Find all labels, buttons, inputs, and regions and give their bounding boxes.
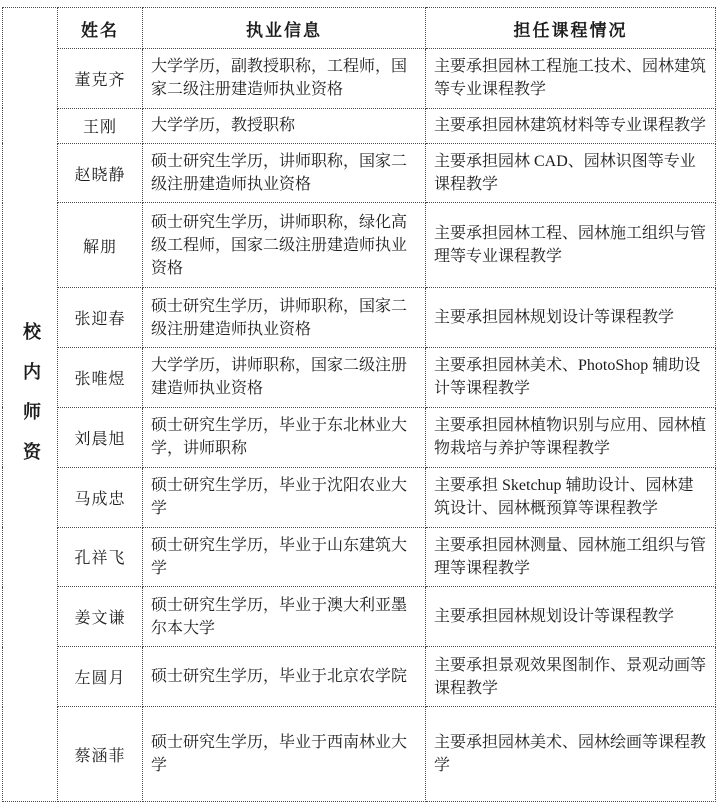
- table-row: 左圆月 硕士研究生学历，毕业于北京农学院 主要承担景观效果图制作、景观动画等课程…: [3, 647, 716, 707]
- faculty-table: 校内师资 姓名 执业信息 担任课程情况 董克齐 大学学历，副教授职称，工程师，国…: [2, 7, 716, 802]
- table-row: 解朋 硕士研究生学历，讲师职称，绿化高级工程师，国家二级注册建造师执业资格 主要…: [3, 203, 716, 288]
- teacher-name: 左圆月: [58, 647, 143, 707]
- teacher-courses: 主要承担园林工程施工技术、园林建筑等专业课程教学: [426, 49, 716, 109]
- teacher-credentials: 硕士研究生学历，毕业于沈阳农业大学: [143, 467, 426, 527]
- table-row: 刘晨旭 硕士研究生学历，毕业于东北林业大学，讲师职称 主要承担园林植物识别与应用…: [3, 407, 716, 467]
- teacher-credentials: 硕士研究生学历，讲师职称，绿化高级工程师，国家二级注册建造师执业资格: [143, 203, 426, 288]
- teacher-credentials: 硕士研究生学历，讲师职称，国家二级注册建造师执业资格: [143, 143, 426, 203]
- teacher-courses: 主要承担园林美术、园林绘画等课程教学: [426, 707, 716, 802]
- teacher-credentials: 大学学历，教授职称: [143, 108, 426, 143]
- teacher-credentials: 硕士研究生学历，毕业于澳大利亚墨尔本大学: [143, 587, 426, 647]
- table-row: 张迎春 硕士研究生学历，讲师职称，国家二级注册建造师执业资格 主要承担园林规划设…: [3, 288, 716, 348]
- teacher-courses: 主要承担园林规划设计等课程教学: [426, 288, 716, 348]
- teacher-courses: 主要承担园林测量、园林施工组织与管理等课程教学: [426, 527, 716, 587]
- teacher-name: 解朋: [58, 203, 143, 288]
- teacher-name: 张唯煜: [58, 348, 143, 408]
- table-row: 蔡涵菲 硕士研究生学历，毕业于西南林业大学 主要承担园林美术、园林绘画等课程教学: [3, 707, 716, 802]
- table-row: 马成忠 硕士研究生学历，毕业于沈阳农业大学 主要承担 Sketchup 辅助设计…: [3, 467, 716, 527]
- teacher-name: 王刚: [58, 108, 143, 143]
- teacher-name: 刘晨旭: [58, 407, 143, 467]
- teacher-name: 赵晓静: [58, 143, 143, 203]
- teacher-name: 蔡涵菲: [58, 707, 143, 802]
- teacher-courses: 主要承担景观效果图制作、景观动画等课程教学: [426, 647, 716, 707]
- document-page: 校内师资 姓名 执业信息 担任课程情况 董克齐 大学学历，副教授职称，工程师，国…: [0, 0, 718, 808]
- table-header-row: 校内师资 姓名 执业信息 担任课程情况: [3, 8, 716, 49]
- teacher-credentials: 硕士研究生学历，毕业于北京农学院: [143, 647, 426, 707]
- teacher-courses: 主要承担园林规划设计等课程教学: [426, 587, 716, 647]
- teacher-credentials: 大学学历，讲师职称，国家二级注册建造师执业资格: [143, 348, 426, 408]
- teacher-credentials: 硕士研究生学历，毕业于东北林业大学，讲师职称: [143, 407, 426, 467]
- group-label-cell: 校内师资: [3, 8, 58, 802]
- teacher-courses: 主要承担园林 CAD、园林识图等专业课程教学: [426, 143, 716, 203]
- teacher-courses: 主要承担园林建筑材料等专业课程教学: [426, 108, 716, 143]
- table-row: 董克齐 大学学历，副教授职称，工程师，国家二级注册建造师执业资格 主要承担园林工…: [3, 49, 716, 109]
- teacher-courses: 主要承担园林植物识别与应用、园林植物栽培与养护等课程教学: [426, 407, 716, 467]
- faculty-table-body: 校内师资 姓名 执业信息 担任课程情况 董克齐 大学学历，副教授职称，工程师，国…: [3, 8, 716, 802]
- teacher-name: 马成忠: [58, 467, 143, 527]
- header-name: 姓名: [58, 8, 143, 49]
- table-row: 姜文谦 硕士研究生学历，毕业于澳大利亚墨尔本大学 主要承担园林规划设计等课程教学: [3, 587, 716, 647]
- teacher-name: 孔祥飞: [58, 527, 143, 587]
- teacher-courses: 主要承担 Sketchup 辅助设计、园林建筑设计、园林概预算等课程教学: [426, 467, 716, 527]
- teacher-courses: 主要承担园林工程、园林施工组织与管理等专业课程教学: [426, 203, 716, 288]
- table-row: 孔祥飞 硕士研究生学历，毕业于山东建筑大学 主要承担园林测量、园林施工组织与管理…: [3, 527, 716, 587]
- teacher-credentials: 硕士研究生学历，讲师职称，国家二级注册建造师执业资格: [143, 288, 426, 348]
- teacher-courses: 主要承担园林美术、PhotoShop 辅助设计等课程教学: [426, 348, 716, 408]
- header-credentials: 执业信息: [143, 8, 426, 49]
- teacher-credentials: 硕士研究生学历，毕业于山东建筑大学: [143, 527, 426, 587]
- table-row: 赵晓静 硕士研究生学历，讲师职称，国家二级注册建造师执业资格 主要承担园林 CA…: [3, 143, 716, 203]
- header-courses: 担任课程情况: [426, 8, 716, 49]
- table-row: 张唯煜 大学学历，讲师职称，国家二级注册建造师执业资格 主要承担园林美术、Pho…: [3, 348, 716, 408]
- teacher-credentials: 硕士研究生学历，毕业于西南林业大学: [143, 707, 426, 802]
- teacher-name: 姜文谦: [58, 587, 143, 647]
- teacher-name: 张迎春: [58, 288, 143, 348]
- teacher-name: 董克齐: [58, 49, 143, 109]
- table-row: 王刚 大学学历，教授职称 主要承担园林建筑材料等专业课程教学: [3, 108, 716, 143]
- teacher-credentials: 大学学历，副教授职称，工程师，国家二级注册建造师执业资格: [143, 49, 426, 109]
- group-label: 校内师资: [21, 322, 39, 482]
